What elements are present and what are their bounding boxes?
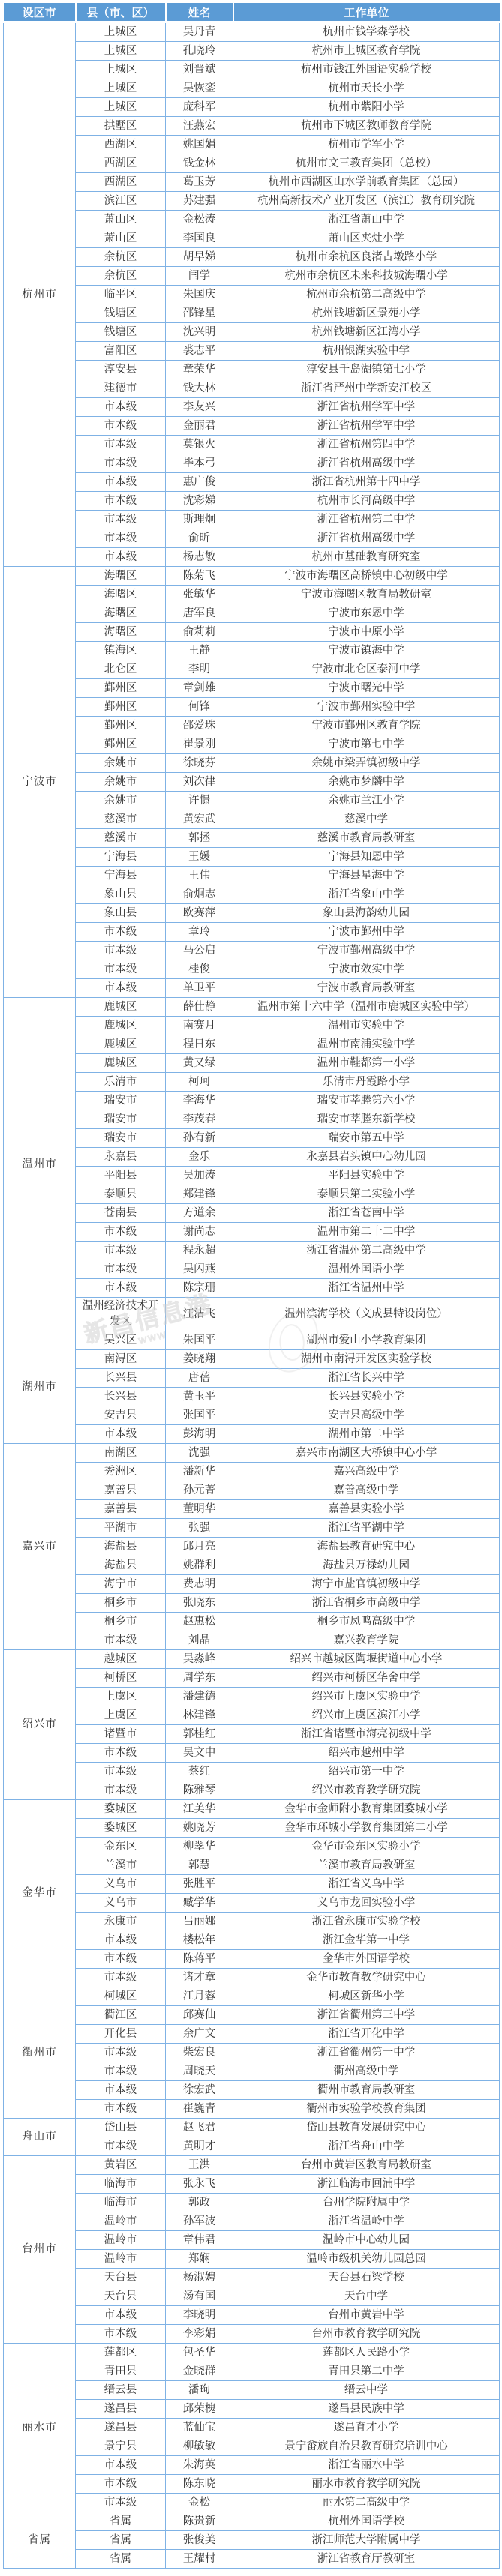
county-cell: 桐乡市 [76, 1613, 166, 1631]
county-cell: 缙云县 [76, 2381, 166, 2400]
unit-cell: 宁波市海曙区教育局教研室 [233, 586, 500, 604]
unit-cell: 浙江省温州中学 [233, 1279, 500, 1298]
unit-cell: 余姚市梦麟中学 [233, 773, 500, 792]
county-cell: 市本级 [76, 1969, 166, 1987]
city-cell: 丽水市 [4, 2344, 76, 2512]
table-row: 象山县欧赛萍象山县海韵幼儿园 [4, 904, 500, 923]
county-cell: 市本级 [76, 942, 166, 960]
name-cell: 徐晓芬 [166, 754, 233, 773]
unit-cell: 宁波市海曙区高桥镇中心初级中学 [233, 567, 500, 586]
name-cell: 方道余 [166, 1204, 233, 1223]
county-cell: 市本级 [76, 1744, 166, 1763]
county-cell: 秀洲区 [76, 1463, 166, 1481]
county-cell: 余姚市 [76, 754, 166, 773]
name-cell: 柳翠华 [166, 1838, 233, 1856]
unit-cell: 杭州市下城区教师教育学院 [233, 117, 500, 136]
county-cell: 市本级 [76, 398, 166, 417]
table-row: 市本级朱海英浙江省丽水中学 [4, 2456, 500, 2475]
name-cell: 周学东 [166, 1669, 233, 1688]
table-row: 市本级金丽君浙江省杭州学军中学 [4, 417, 500, 436]
unit-cell: 莲都区人民路小学 [233, 2344, 500, 2362]
table-row: 钱塘区沈兴明杭州钱塘新区江湾小学 [4, 323, 500, 342]
name-cell: 王媛 [166, 848, 233, 867]
name-cell: 王洪 [166, 2156, 233, 2175]
unit-cell: 浙江省义乌中学 [233, 1875, 500, 1894]
name-cell: 胡早娣 [166, 248, 233, 267]
unit-cell: 温州外国语小学 [233, 1260, 500, 1279]
unit-cell: 绍兴市越州中学 [233, 1744, 500, 1763]
county-cell: 钱塘区 [76, 323, 166, 342]
table-row: 萧山区金松涛浙江省萧山中学 [4, 211, 500, 229]
unit-cell: 杭州钱塘新区景苑小学 [233, 304, 500, 323]
unit-cell: 温州市第十六中学（温州市鹿城区实验中学） [233, 998, 500, 1017]
county-cell: 吴兴区 [76, 1331, 166, 1350]
unit-cell: 湖州市南浔开发区实验学校 [233, 1350, 500, 1369]
name-cell: 俞昕 [166, 529, 233, 548]
header-county: 县（市、区） [76, 3, 166, 22]
county-cell: 市本级 [76, 548, 166, 567]
table-row: 市本级徐宏武衢州市教育局教研室 [4, 2081, 500, 2100]
county-cell: 兰溪市 [76, 1856, 166, 1875]
name-cell: 张俊美 [166, 2531, 233, 2550]
unit-cell: 嘉兴高级中学 [233, 1463, 500, 1481]
name-cell: 郑建锋 [166, 1185, 233, 1204]
name-cell: 沈兴明 [166, 323, 233, 342]
table-row: 海曙区俞莉莉宁波市中原小学 [4, 623, 500, 642]
unit-cell: 台州市教育教学研究院 [233, 2325, 500, 2344]
unit-cell: 宁波市北仑区泰河中学 [233, 660, 500, 679]
table-row: 温岭市孙军波浙江省温岭中学 [4, 2212, 500, 2231]
county-cell: 遂昌县 [76, 2400, 166, 2419]
county-cell: 滨江区 [76, 192, 166, 211]
county-cell: 义乌市 [76, 1894, 166, 1913]
county-cell: 苍南县 [76, 1204, 166, 1223]
table-row: 上虞区林建锋绍兴市上虞区滨江小学 [4, 1706, 500, 1725]
county-cell: 婺城区 [76, 1819, 166, 1838]
table-row: 慈溪市郭拯慈溪市教育局教研室 [4, 829, 500, 848]
table-row: 省属省属陈贵新杭州外国语学校 [4, 2512, 500, 2531]
unit-cell: 金华市环城小学教育集团第二小学 [233, 1819, 500, 1838]
unit-cell: 杭州市学军小学 [233, 136, 500, 154]
county-cell: 义乌市 [76, 1875, 166, 1894]
county-cell: 市本级 [76, 473, 166, 492]
county-cell: 瑞安市 [76, 1129, 166, 1148]
name-cell: 章伟君 [166, 2231, 233, 2250]
table-row: 市本级惠广俊浙江省杭州第十四中学 [4, 473, 500, 492]
county-cell: 市本级 [76, 417, 166, 436]
table-row: 市本级章玲宁波市鄞州中学 [4, 923, 500, 942]
name-cell: 张敏华 [166, 586, 233, 604]
county-cell: 长兴县 [76, 1388, 166, 1406]
table-row: 市本级陈东晓丽水市教育教学研究院 [4, 2475, 500, 2494]
unit-cell: 嘉兴市南湖区大桥镇中心小学 [233, 1444, 500, 1463]
county-cell: 临海市 [76, 2194, 166, 2212]
name-cell: 金晓群 [166, 2362, 233, 2381]
unit-cell: 安吉县高级中学 [233, 1406, 500, 1425]
unit-cell: 岱山县教育发展研究中心 [233, 2119, 500, 2137]
name-cell: 沈强 [166, 1444, 233, 1463]
table-row: 滨江区苏建强杭州高新技术产业开发区（滨江）教育研究院 [4, 192, 500, 211]
table-row: 桐乡市赵惠松桐乡市凤鸣高级中学 [4, 1613, 500, 1631]
name-cell: 黄宏武 [166, 810, 233, 829]
unit-cell: 遂昌县民族中学 [233, 2400, 500, 2419]
name-cell: 杨志敏 [166, 548, 233, 567]
county-cell: 柯城区 [76, 1987, 166, 2006]
unit-cell: 慈溪中学 [233, 810, 500, 829]
table-row: 金东区柳翠华金华市金东区实验小学 [4, 1838, 500, 1856]
county-cell: 市本级 [76, 511, 166, 529]
county-cell: 市本级 [76, 979, 166, 998]
name-cell: 张国平 [166, 1406, 233, 1425]
county-cell: 萧山区 [76, 211, 166, 229]
name-cell: 臧学华 [166, 1894, 233, 1913]
name-cell: 张胜平 [166, 1875, 233, 1894]
table-row: 嘉善县董明华嘉善县实验小学 [4, 1500, 500, 1519]
unit-cell: 绍兴市上虞区滨江小学 [233, 1706, 500, 1725]
unit-cell: 衢州市教育局教研室 [233, 2081, 500, 2100]
unit-cell: 浙江省杭州第二中学 [233, 511, 500, 529]
unit-cell: 宁海县星海中学 [233, 867, 500, 885]
county-cell: 海曙区 [76, 567, 166, 586]
county-cell: 平湖市 [76, 1519, 166, 1538]
table-row: 拱墅区汪燕宏杭州市下城区教师教育学院 [4, 117, 500, 136]
table-row: 鄞州区何锋宁波市鄞州实验中学 [4, 698, 500, 717]
unit-cell: 浙江省苍南中学 [233, 1204, 500, 1223]
table-row: 天台县杨淑娉天台县石梁学校 [4, 2269, 500, 2287]
county-cell: 市本级 [76, 436, 166, 454]
name-cell: 王耀村 [166, 2550, 233, 2569]
table-row: 嘉兴市南湖区沈强嘉兴市南湖区大桥镇中心小学 [4, 1444, 500, 1463]
table-row: 兰溪市郭慧兰溪市教育局教研室 [4, 1856, 500, 1875]
county-cell: 鹿城区 [76, 1035, 166, 1054]
name-cell: 朱海英 [166, 2456, 233, 2475]
unit-cell: 温州市实验中学 [233, 1017, 500, 1035]
header-name: 姓名 [166, 3, 233, 22]
unit-cell: 浙江省温州第二高级中学 [233, 1242, 500, 1260]
county-cell: 婺城区 [76, 1800, 166, 1819]
table-row: 省属王耀村浙江省教育厅教研室 [4, 2550, 500, 2569]
unit-cell: 浙江师范大学附属中学 [233, 2531, 500, 2550]
name-cell: 孙元菁 [166, 1481, 233, 1500]
table-row: 上城区庞科军杭州市紫阳小学 [4, 98, 500, 117]
name-cell: 周晓天 [166, 2062, 233, 2081]
table-row: 台州市黄岩区王洪台州市黄岩区教育局教研室 [4, 2156, 500, 2175]
county-cell: 慈溪市 [76, 810, 166, 829]
name-cell: 董明华 [166, 1500, 233, 1519]
name-cell: 唐军良 [166, 604, 233, 623]
table-row: 海宁市费志明海宁市盐官镇初级中学 [4, 1575, 500, 1594]
name-cell: 潘建德 [166, 1688, 233, 1706]
name-cell: 楼松年 [166, 1931, 233, 1950]
unit-cell: 嘉善高级中学 [233, 1481, 500, 1500]
unit-cell: 缙云中学 [233, 2381, 500, 2400]
table-row: 长兴县黄玉平长兴县实验小学 [4, 1388, 500, 1406]
table-row: 市本级吴闪燕温州外国语小学 [4, 1260, 500, 1279]
name-cell: 沈彩娣 [166, 492, 233, 511]
name-cell: 何锋 [166, 698, 233, 717]
name-cell: 蓝仙宝 [166, 2419, 233, 2437]
county-cell: 市本级 [76, 1631, 166, 1650]
county-cell: 衢江区 [76, 2006, 166, 2025]
county-cell: 平阳县 [76, 1167, 166, 1185]
table-row: 富阳区裘志平杭州银湖实验中学 [4, 342, 500, 361]
header-city: 设区市 [4, 3, 76, 22]
county-cell: 黄岩区 [76, 2156, 166, 2175]
name-cell: 柴宏良 [166, 2044, 233, 2062]
unit-cell: 浙江省杭州高级中学 [233, 454, 500, 473]
unit-cell: 嘉兴教育学院 [233, 1631, 500, 1650]
county-cell: 省属 [76, 2531, 166, 2550]
table-row: 市本级彭海明湖州市第二中学 [4, 1425, 500, 1444]
name-cell: 钱大林 [166, 379, 233, 398]
unit-cell: 浙江省杭州高级中学 [233, 529, 500, 548]
unit-cell: 绍兴市第一中学 [233, 1763, 500, 1781]
county-cell: 宁海县 [76, 867, 166, 885]
table-row: 上虞区潘建德绍兴市上虞区实验中学 [4, 1688, 500, 1706]
table-row: 天台县汤有国天台中学 [4, 2287, 500, 2306]
name-cell: 林建锋 [166, 1706, 233, 1725]
name-cell: 斯理炯 [166, 511, 233, 529]
table-row: 柯桥区周学东绍兴市柯桥区华舍中学 [4, 1669, 500, 1688]
county-cell: 市本级 [76, 1931, 166, 1950]
unit-cell: 浙江省开化中学 [233, 2025, 500, 2044]
county-cell: 温州经济技术开发区 [76, 1298, 166, 1331]
county-cell: 淳安县 [76, 361, 166, 379]
name-cell: 徐宏武 [166, 2081, 233, 2100]
table-row: 安吉县张国平安吉县高级中学 [4, 1406, 500, 1425]
county-cell: 市本级 [76, 454, 166, 473]
county-cell: 萧山区 [76, 229, 166, 248]
city-cell: 省属 [4, 2512, 76, 2569]
name-cell: 赵惠松 [166, 1613, 233, 1631]
unit-cell: 浙江省萧山中学 [233, 211, 500, 229]
table-row: 鄞州区崔景刚宁波市第七中学 [4, 735, 500, 754]
table-row: 慈溪市黄宏武慈溪中学 [4, 810, 500, 829]
unit-cell: 浙江省长兴中学 [233, 1369, 500, 1388]
unit-cell: 浙江省舟山中学 [233, 2137, 500, 2156]
name-cell: 汪洁飞 [166, 1298, 233, 1331]
county-cell: 市本级 [76, 2325, 166, 2344]
unit-cell: 余姚市兰江小学 [233, 792, 500, 810]
table-row: 温岭市郑娴温岭市级机关幼儿园总园 [4, 2250, 500, 2269]
name-cell: 孙有新 [166, 1129, 233, 1148]
name-cell: 蔡红 [166, 1763, 233, 1781]
table-row: 临海市张永飞浙江临海市回浦中学 [4, 2175, 500, 2194]
unit-cell: 温岭市中心幼儿园 [233, 2231, 500, 2250]
county-cell: 安吉县 [76, 1406, 166, 1425]
city-cell: 湖州市 [4, 1331, 76, 1444]
unit-cell: 杭州市文三教育集团（总校） [233, 154, 500, 173]
name-cell: 邵爱珠 [166, 717, 233, 735]
unit-cell: 永嘉县岩头镇中心幼儿园 [233, 1148, 500, 1167]
unit-cell: 杭州钱塘新区江湾小学 [233, 323, 500, 342]
table-row: 市本级金松丽水第二高级中学 [4, 2494, 500, 2512]
county-cell: 市本级 [76, 2081, 166, 2100]
county-cell: 鄞州区 [76, 717, 166, 735]
name-cell: 陈雅琴 [166, 1781, 233, 1800]
county-cell: 乐清市 [76, 1073, 166, 1092]
unit-cell: 浙江省衢州第一中学 [233, 2044, 500, 2062]
name-cell: 章剑雄 [166, 679, 233, 698]
unit-cell: 瑞安市莘塍第六小学 [233, 1092, 500, 1110]
unit-cell: 宁波市镇海中学 [233, 642, 500, 660]
table-row: 宁波市海曙区陈菊飞宁波市海曙区高桥镇中心初级中学 [4, 567, 500, 586]
county-cell: 海盐县 [76, 1538, 166, 1556]
unit-cell: 温州滨海学校（文成县特设岗位） [233, 1298, 500, 1331]
county-cell: 象山县 [76, 904, 166, 923]
table-row: 永康市吕丽娜浙江省永康市实验学校 [4, 1913, 500, 1931]
unit-cell: 金华市外国语学校 [233, 1950, 500, 1969]
unit-cell: 天台县石梁学校 [233, 2269, 500, 2287]
name-cell: 葛玉芳 [166, 173, 233, 192]
name-cell: 孔晓玲 [166, 42, 233, 61]
table-row: 市本级李晓明台州市黄岩中学 [4, 2306, 500, 2325]
county-cell: 天台县 [76, 2287, 166, 2306]
county-cell: 市本级 [76, 2494, 166, 2512]
name-cell: 陈东晓 [166, 2475, 233, 2494]
name-cell: 金乐 [166, 1148, 233, 1167]
name-cell: 欧赛萍 [166, 904, 233, 923]
unit-cell: 温岭市级机关幼儿园总园 [233, 2250, 500, 2269]
unit-cell: 杭州高新技术产业开发区（滨江）教育研究院 [233, 192, 500, 211]
table-row: 长兴县唐蓓浙江省长兴中学 [4, 1369, 500, 1388]
unit-cell: 天台中学 [233, 2287, 500, 2306]
county-cell: 温岭市 [76, 2212, 166, 2231]
county-cell: 上城区 [76, 22, 166, 42]
name-cell: 黄明才 [166, 2137, 233, 2156]
county-cell: 市本级 [76, 1242, 166, 1260]
name-cell: 江美华 [166, 1800, 233, 1819]
unit-cell: 杭州市余杭第二高级中学 [233, 286, 500, 304]
county-cell: 拱墅区 [76, 117, 166, 136]
table-row: 市本级陈宗珊浙江省温州中学 [4, 1279, 500, 1298]
table-row: 余姚市徐晓芬余姚市梁弄镇初级中学 [4, 754, 500, 773]
unit-cell: 淳安县千岛湖镇第七小学 [233, 361, 500, 379]
table-row: 秀洲区潘新华嘉兴高级中学 [4, 1463, 500, 1481]
table-row: 建德市钱大林浙江省严州中学新安江校区 [4, 379, 500, 398]
table-row: 青田县金晓群青田县第二中学 [4, 2362, 500, 2381]
name-cell: 潘珣 [166, 2381, 233, 2400]
name-cell: 黄玉平 [166, 1388, 233, 1406]
table-row: 义乌市臧学华义乌市龙回实验小学 [4, 1894, 500, 1913]
county-cell: 海曙区 [76, 604, 166, 623]
name-cell: 崔巍青 [166, 2100, 233, 2119]
unit-cell: 杭州市余杭区良渚古墩路小学 [233, 248, 500, 267]
table-row: 海盐县邱月亮海盐县教育研究中心 [4, 1538, 500, 1556]
name-cell: 薛仕静 [166, 998, 233, 1017]
table-row: 丽水市莲都区包圣华莲都区人民路小学 [4, 2344, 500, 2362]
name-cell: 邵锋星 [166, 304, 233, 323]
name-cell: 程日东 [166, 1035, 233, 1054]
unit-cell: 宁波市教育局教研室 [233, 979, 500, 998]
name-cell: 郭政 [166, 2194, 233, 2212]
table-row: 永嘉县金乐永嘉县岩头镇中心幼儿园 [4, 1148, 500, 1167]
unit-cell: 宁波市鄞州区教育学院 [233, 717, 500, 735]
unit-cell: 浙江省桐乡市高级中学 [233, 1594, 500, 1613]
name-cell: 潘新华 [166, 1463, 233, 1481]
table-row: 市本级黄明才浙江省舟山中学 [4, 2137, 500, 2156]
name-cell: 刘次律 [166, 773, 233, 792]
county-cell: 市本级 [76, 960, 166, 979]
name-cell: 柯珂 [166, 1073, 233, 1092]
name-cell: 李友兴 [166, 398, 233, 417]
table-row: 衢州市柯城区江月蓉柯城区新华小学 [4, 1987, 500, 2006]
city-cell: 温州市 [4, 998, 76, 1331]
table-row: 海盐县姚群利海盐县万禄幼儿园 [4, 1556, 500, 1575]
county-cell: 上虞区 [76, 1706, 166, 1725]
name-cell: 裘志平 [166, 342, 233, 361]
city-cell: 杭州市 [4, 22, 76, 567]
county-cell: 永嘉县 [76, 1148, 166, 1167]
name-cell: 郭拯 [166, 829, 233, 848]
name-cell: 吴文中 [166, 1744, 233, 1763]
table-row: 鹿城区黄又绿温州市鞋都第一小学 [4, 1054, 500, 1073]
name-cell: 吴丹青 [166, 22, 233, 42]
table-row: 温州市鹿城区薛仕静温州市第十六中学（温州市鹿城区实验中学） [4, 998, 500, 1017]
table-row: 市本级莫银火浙江省杭州第四中学 [4, 436, 500, 454]
name-cell: 刘晶 [166, 1631, 233, 1650]
city-cell: 嘉兴市 [4, 1444, 76, 1650]
city-cell: 宁波市 [4, 567, 76, 998]
unit-cell: 丽水市教育教学研究院 [233, 2475, 500, 2494]
county-cell: 瑞安市 [76, 1092, 166, 1110]
table-row: 临海市郭政台州学院附属中学 [4, 2194, 500, 2212]
table-row: 苍南县方道余浙江省苍南中学 [4, 1204, 500, 1223]
unit-cell: 景宁畲族自治县教育研究培训中心 [233, 2437, 500, 2456]
county-cell: 宁海县 [76, 848, 166, 867]
county-cell: 温岭市 [76, 2231, 166, 2250]
unit-cell: 宁波市东恩中学 [233, 604, 500, 623]
name-cell: 孙军波 [166, 2212, 233, 2231]
table-row: 镇海区王静宁波市镇海中学 [4, 642, 500, 660]
unit-cell: 绍兴市越城区陶堰街道中心小学 [233, 1650, 500, 1669]
table-row: 余姚市刘次律余姚市梦麟中学 [4, 773, 500, 792]
unit-cell: 瑞安市第五中学 [233, 1129, 500, 1148]
county-cell: 西湖区 [76, 136, 166, 154]
name-cell: 余广文 [166, 2025, 233, 2044]
table-row: 鄞州区章剑雄宁波市曙光中学 [4, 679, 500, 698]
name-cell: 赵飞君 [166, 2119, 233, 2137]
name-cell: 邱月亮 [166, 1538, 233, 1556]
page: 设区市 县（市、区） 姓名 工作单位 杭州市上城区吴丹青杭州市钱学森学校上城区孔… [0, 0, 502, 2576]
table-body: 杭州市上城区吴丹青杭州市钱学森学校上城区孔晓玲杭州市上城区教育学院上城区刘晋斌杭… [4, 22, 500, 2569]
county-cell: 桐乡市 [76, 1594, 166, 1613]
name-cell: 包圣华 [166, 2344, 233, 2362]
unit-cell: 兰溪市教育局教研室 [233, 1856, 500, 1875]
table-row: 市本级单卫平宁波市教育局教研室 [4, 979, 500, 998]
city-cell: 台州市 [4, 2156, 76, 2344]
table-row: 上城区吴恢銮杭州市天长小学 [4, 79, 500, 98]
table-row: 遂昌县邱荣槐遂昌县民族中学 [4, 2400, 500, 2419]
table-row: 市本级周晓天衢州高级中学 [4, 2062, 500, 2081]
unit-cell: 宁波市第七中学 [233, 735, 500, 754]
city-cell: 绍兴市 [4, 1650, 76, 1800]
unit-cell: 泰顺县第二实验小学 [233, 1185, 500, 1204]
unit-cell: 杭州市钱学森学校 [233, 22, 500, 42]
county-cell: 市本级 [76, 2306, 166, 2325]
unit-cell: 杭州市钱江外国语实验学校 [233, 61, 500, 79]
unit-cell: 遂昌育才小学 [233, 2419, 500, 2437]
name-cell: 姜晓翔 [166, 1350, 233, 1369]
unit-cell: 杭州市上城区教育学院 [233, 42, 500, 61]
unit-cell: 宁波市效实中学 [233, 960, 500, 979]
name-cell: 李晓明 [166, 2306, 233, 2325]
unit-cell: 浙江省诸暨市海亮初级中学 [233, 1725, 500, 1744]
unit-cell: 浙江省杭州第四中学 [233, 436, 500, 454]
county-cell: 鹿城区 [76, 1054, 166, 1073]
name-cell: 毕本弓 [166, 454, 233, 473]
county-cell: 市本级 [76, 492, 166, 511]
